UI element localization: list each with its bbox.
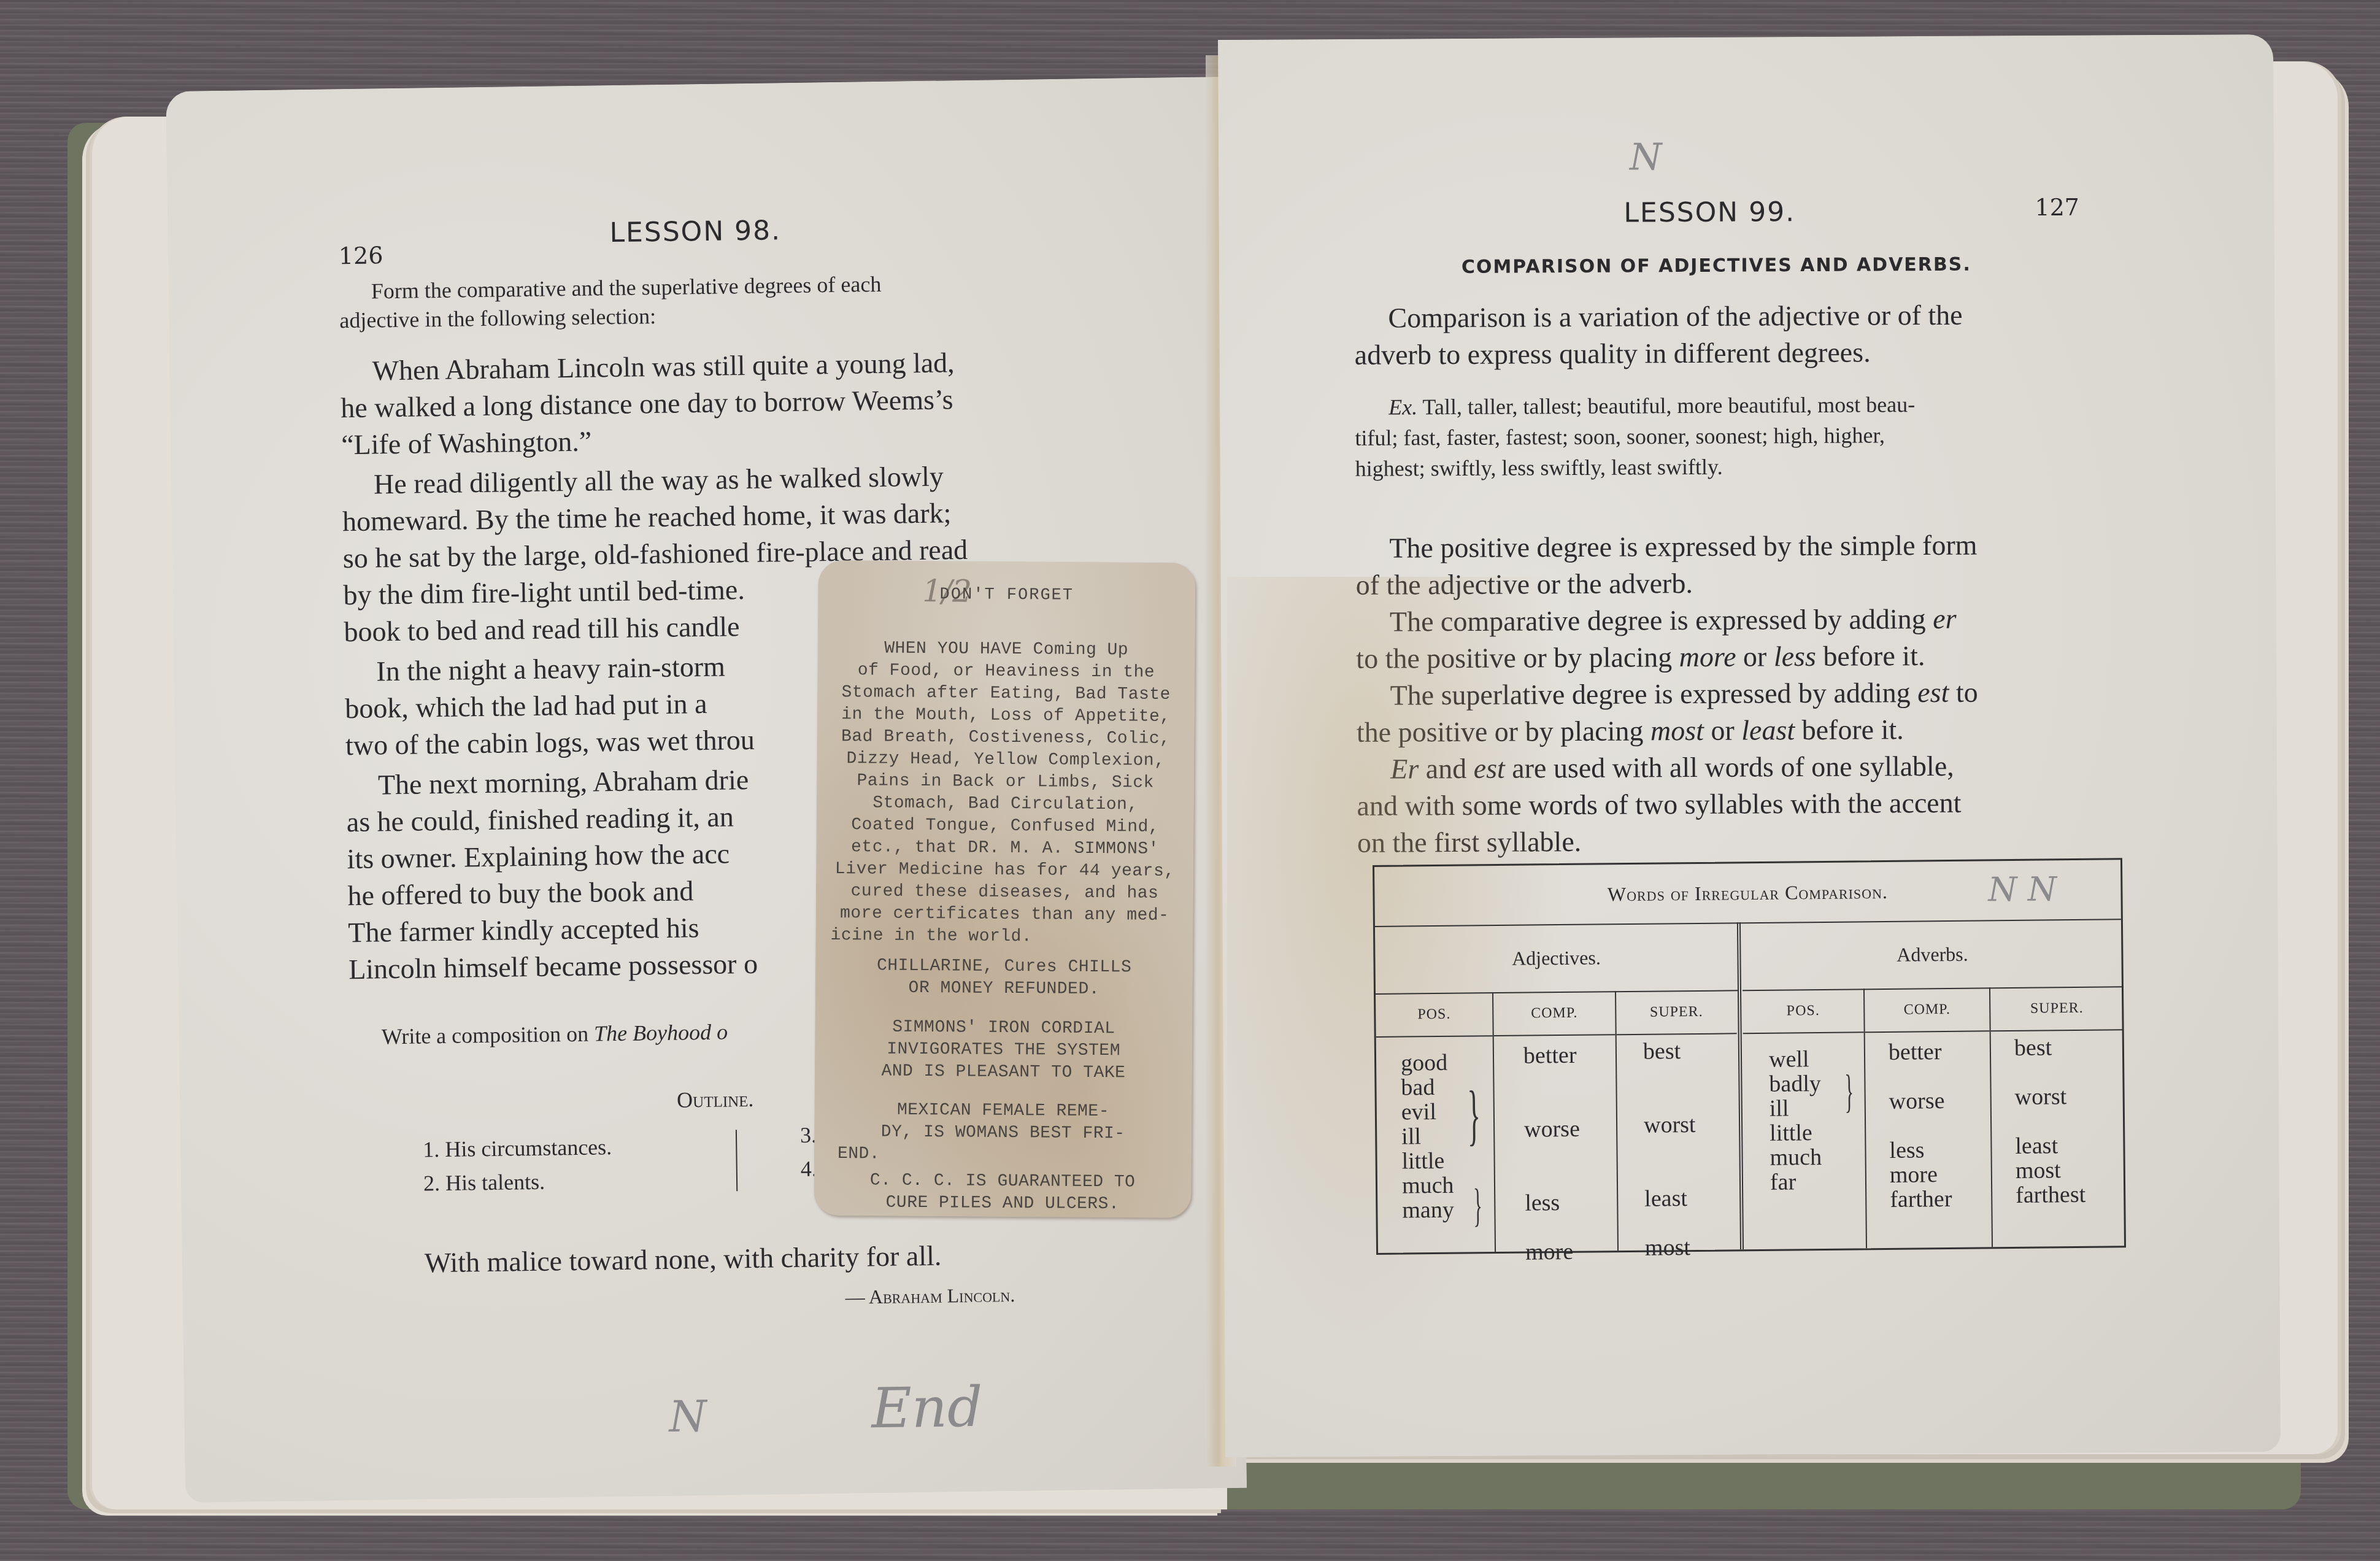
col-header-adj-pos: POS.: [1376, 992, 1493, 1038]
col-header-adv-pos: POS.: [1743, 989, 1864, 1034]
iron-cordial-line-3: AND IS PLEASANT TO TAKE: [815, 1062, 1192, 1083]
patent-medicine-ad-card: 1/2 DON'T FORGET WHEN YOU HAVE Coming Up…: [814, 560, 1195, 1218]
chillarine-line-1: CHILLARINE, Cures CHILLS: [815, 956, 1193, 977]
passage-line: book to bed and read till his candle: [344, 608, 740, 650]
instruction-line-2: adjective in the following selection:: [339, 301, 657, 336]
adv-comp-column: better worse less more farther: [1889, 1039, 1952, 1212]
iron-cordial-line-2: INVIGORATES THE SYSTEM: [815, 1039, 1192, 1061]
passage-line: “Life of Washington.”: [341, 423, 592, 464]
definition-line-2: adverb to express quality in different d…: [1355, 334, 1871, 373]
adv-pos-column: well badly ill little much far: [1769, 1047, 1822, 1195]
passage: When Abraham Lincoln was still quite a y…: [166, 77, 1227, 91]
col-header-adv-comp: COMP.: [1865, 987, 1990, 1033]
passage-line: by the dim fire-light until bed-time.: [343, 571, 745, 614]
ccc-line-1: C. C. C. IS GUARANTEED TO: [814, 1171, 1192, 1192]
example-line-2: tiful; fast, faster, fastest; soon, soon…: [1355, 420, 1885, 453]
female-remedy-line-3: END.: [814, 1144, 1215, 1166]
brace-icon: }: [1467, 1081, 1481, 1148]
card-line: in the Mouth, Loss of Appetite,: [817, 705, 1195, 727]
page-number-right: 127: [2035, 194, 2079, 221]
passage-line: The farmer kindly accepted his: [348, 909, 699, 951]
group-header-adverbs: Adverbs.: [1742, 919, 2123, 991]
card-line: Coated Tongue, Confused Mind,: [817, 815, 1194, 837]
outline-item-1: 1. His circumstances.: [423, 1131, 612, 1165]
passage-line: as he could, finished reading it, an: [346, 798, 734, 841]
adj-pos-column: good bad evil ill little much many: [1401, 1050, 1454, 1223]
card-line: more certificates than any med-: [816, 904, 1193, 925]
example-line-3: highest; swiftly, less swiftly, least sw…: [1355, 452, 1723, 484]
positive-line-1: The positive degree is expressed by the …: [1389, 527, 1977, 567]
section-subheading: COMPARISON OF ADJECTIVES AND ADVERBS.: [1462, 254, 1971, 278]
card-line: cured these diseases, and has: [816, 882, 1193, 903]
pencil-mark-n: N: [669, 1391, 707, 1442]
chillarine-line-2: OR MONEY REFUNDED.: [815, 978, 1193, 1000]
card-line: Dizzy Head, Yellow Complexion,: [817, 749, 1194, 771]
card-line: WHEN YOU HAVE Coming Up: [818, 639, 1195, 660]
lincoln-quote: With malice toward none, with charity fo…: [424, 1238, 941, 1282]
running-head-left: LESSON 98.: [609, 215, 781, 249]
female-remedy-line-1: MEXICAN FEMALE REME-: [814, 1100, 1192, 1122]
quote-attribution: — Abraham Lincoln.: [845, 1279, 1015, 1312]
card-line: Stomach, Bad Circulation,: [817, 793, 1194, 815]
passage-line: Lincoln himself became possessor o: [349, 946, 758, 988]
pencil-mark-nn: N N: [1988, 869, 2057, 909]
passage-line: its owner. Explaining how the acc: [347, 835, 730, 877]
running-head-right: LESSON 99.: [1623, 196, 1795, 228]
card-line: Stomach after Eating, Bad Taste: [817, 683, 1195, 704]
group-header-adjectives: Adjectives.: [1375, 922, 1738, 995]
passage-line: In the night a heavy rain-storm: [376, 649, 725, 690]
irregular-comparison-table: Words of Irregular Comparison. N N Adjec…: [1373, 858, 2126, 1255]
col-header-adv-super: SUPER.: [1990, 986, 2124, 1031]
outline-heading: Outline.: [677, 1084, 754, 1116]
adv-super-column: best worst least most farthest: [2014, 1035, 2086, 1208]
brace-icon: }: [1473, 1182, 1482, 1228]
example-line-1: Ex. Tall, taller, tallest; beautiful, mo…: [1388, 389, 1915, 422]
card-heading: DON'T FORGET: [818, 585, 1195, 606]
pencil-mark-n: N: [1630, 136, 1662, 179]
composition-title: The Boyhood o: [594, 1020, 728, 1046]
adj-super-column: best worst least most: [1643, 1039, 1697, 1260]
brace-icon: }: [1844, 1068, 1854, 1114]
adj-comp-column: better worse less more: [1523, 1043, 1581, 1265]
passage-line: he offered to buy the book and: [347, 873, 694, 914]
passage-line: two of the cabin logs, was wet throu: [345, 722, 755, 764]
passage-line: book, which the lad had put in a: [345, 685, 707, 727]
card-line: Liver Medicine has for 44 years,: [816, 860, 1193, 881]
card-line: Bad Breath, Costiveness, Colic,: [817, 727, 1195, 749]
card-line: icine in the world.: [815, 926, 1207, 947]
composition-prompt: Write a composition on The Boyhood o: [381, 1017, 728, 1052]
pencil-mark-end: End: [871, 1375, 984, 1441]
page-number-left: 126: [339, 242, 383, 269]
outline-divider: [736, 1130, 737, 1191]
card-line: etc., that DR. M. A. SIMMONS': [816, 838, 1193, 859]
outline-item-2: 2. His talents.: [423, 1166, 545, 1199]
col-header-adj-comp: COMP.: [1493, 991, 1616, 1036]
iron-cordial-line-1: SIMMONS' IRON CORDIAL: [815, 1017, 1192, 1039]
ccc-line-2: CURE PILES AND ULCERS.: [814, 1193, 1191, 1214]
passage-line: he walked a long distance one day to bor…: [341, 381, 953, 426]
card-line: Pains in Back or Limbs, Sick: [817, 771, 1194, 793]
passage-line: The next morning, Abraham drie: [378, 761, 749, 803]
card-line: of Food, or Heaviness in the: [817, 661, 1195, 682]
col-header-adj-super: SUPER.: [1616, 990, 1737, 1035]
female-remedy-line-2: DY, IS WOMANS BEST FRI-: [814, 1122, 1192, 1144]
definition-line-1: Comparison is a variation of the adjecti…: [1388, 297, 1963, 337]
